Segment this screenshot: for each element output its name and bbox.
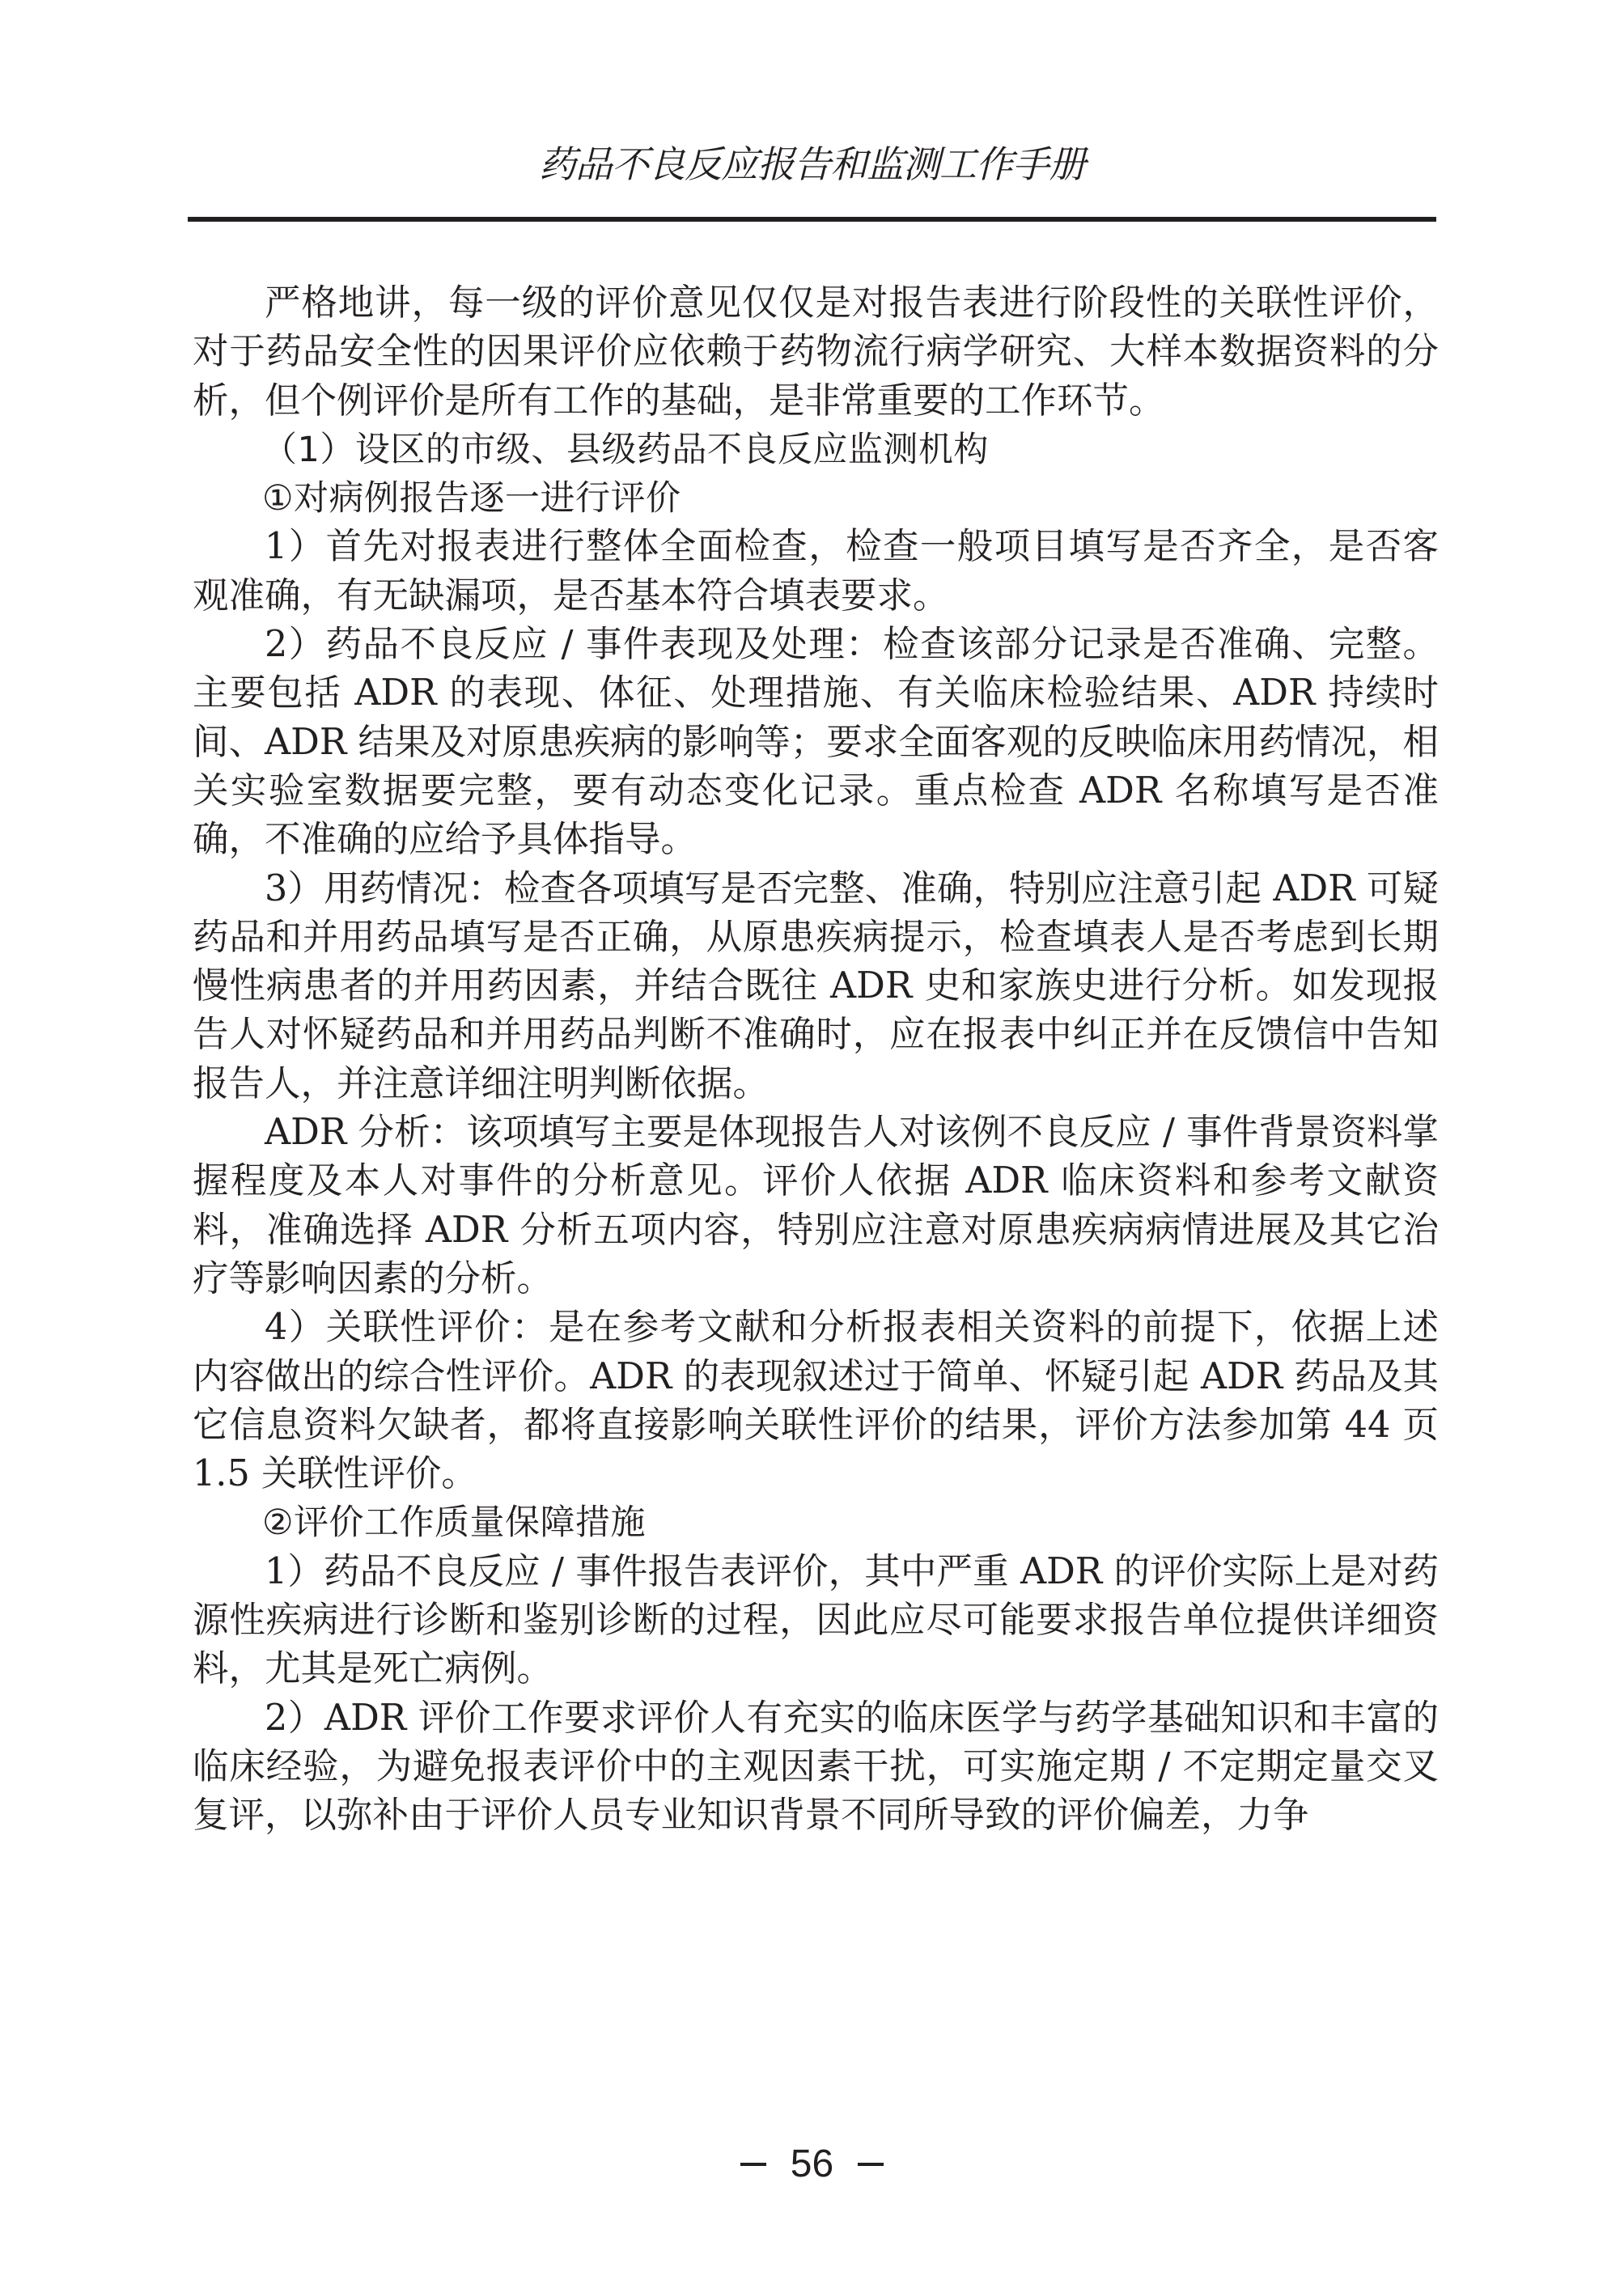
paragraph-item-1-overall-check: 1）首先对报表进行整体全面检查，检查一般项目填写是否齐全，是否客观准确，有无缺漏… — [193, 523, 1439, 621]
header-rule-divider — [188, 217, 1436, 222]
page-number: 56 — [791, 2143, 833, 2185]
paragraph-item-3-drug-use: 3）用药情况：检查各项填写是否完整、准确，特别应注意引起 ADR 可疑药品和并用… — [193, 865, 1439, 1108]
subsection-heading-case-evaluation: ①对病例报告逐一进行评价 — [193, 474, 1439, 523]
folio-dash-right — [858, 2163, 884, 2166]
paragraph-item-4-causality: 4）关联性评价：是在参考文献和分析报表相关资料的前提下，依据上述内容做出的综合性… — [193, 1303, 1439, 1498]
paragraph-qa-item-2: 2）ADR 评价工作要求评价人有充实的临床医学与药学基础知识和丰富的临床经验，为… — [193, 1694, 1439, 1841]
paragraph-qa-item-1: 1）药品不良反应 / 事件报告表评价，其中严重 ADR 的评价实际上是对药源性疾… — [193, 1548, 1439, 1694]
running-head-title: 药品不良反应报告和监测工作手册 — [188, 136, 1436, 193]
body-text: 严格地讲，每一级的评价意见仅仅是对报告表进行阶段性的关联性评价，对于药品安全性的… — [193, 279, 1439, 1841]
paragraph-item-2-adr-manifestation: 2）药品不良反应 / 事件表现及处理：检查该部分记录是否准确、完整。主要包括 A… — [193, 621, 1439, 864]
paragraph-intro: 严格地讲，每一级的评价意见仅仅是对报告表进行阶段性的关联性评价，对于药品安全性的… — [193, 279, 1439, 426]
section-heading-municipal-county: （1）设区的市级、县级药品不良反应监测机构 — [193, 426, 1439, 474]
subsection-heading-quality-assurance: ②评价工作质量保障措施 — [193, 1498, 1439, 1547]
paragraph-adr-analysis: ADR 分析：该项填写主要是体现报告人对该例不良反应 / 事件背景资料掌握程度及… — [193, 1108, 1439, 1303]
folio-dash-left — [740, 2163, 766, 2166]
page-footer: 56 — [0, 2136, 1624, 2193]
document-page: 药品不良反应报告和监测工作手册 严格地讲，每一级的评价意见仅仅是对报告表进行阶段… — [0, 0, 1624, 2293]
